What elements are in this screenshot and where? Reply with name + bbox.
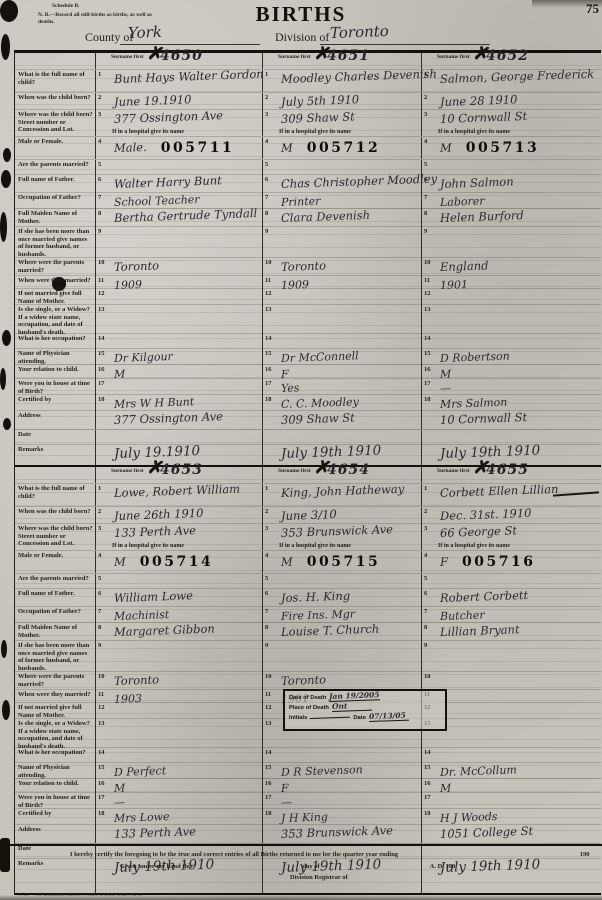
stamp-date-value: 07/13/05 [369,711,409,722]
registrar-line: Division Registrar of [290,874,602,881]
entry-cell: Lowe, Robert William [108,484,262,506]
entry-cell [434,719,601,751]
entry-cell: M005712 [275,137,421,159]
entry-handwritten: 309 Shaw St [281,109,355,126]
row-number-cell: 10 [262,672,275,690]
entry-cell [108,227,262,259]
row-number-cell: 4 [421,137,434,159]
sex-entry-handwritten: M [281,141,293,155]
row-number-cell: 8 [421,623,434,641]
form-row: Name of Physician attending.15D Perfect1… [15,762,601,778]
entry-handwritten: Robert Corbett [440,588,529,605]
registration-number-value: 4655 [486,462,529,478]
form-row: Where was the child born? Street number … [15,109,601,136]
form-row: Is she single, or a Widow? If a widow st… [15,304,601,333]
register-lower-half: Surname first✗4653Surname first✗4654Surn… [15,467,601,895]
entry-cell [108,641,262,673]
entry-handwritten: — [281,796,292,809]
entry-cell: Toronto [275,258,421,276]
hospital-note: If in a hospital give its name [438,129,510,135]
field-label: Full Maiden Name of Mother. [15,623,95,641]
entry-cell: 377 Ossington AveIf in a hospital give i… [108,110,262,136]
entry-handwritten: Salmon, George Frederick [440,67,595,86]
row-number-cell: 9 [421,227,434,259]
entry-handwritten: 353 Brunswick Ave [281,823,393,841]
blank-line [120,44,260,45]
field-label: What is the full name of child? [15,484,95,506]
registration-stamp-number: 005716 [462,554,535,570]
row-number-cell: 6 [421,589,434,607]
row-number-cell: 9 [262,641,275,673]
entry-handwritten: Toronto [114,258,160,274]
register-upper-half: Surname first✗4650Surname first✗4651Surn… [15,53,601,467]
day-of-text: day of [302,863,319,870]
entry-handwritten: 353 Brunswick Ave [281,522,393,540]
entry-handwritten: Lillian Bryant [440,622,520,639]
entry-handwritten: J H King [281,810,328,825]
entry-handwritten: England [440,258,489,274]
row-number-cell: 4 [421,551,434,573]
entry-handwritten: Butcher [440,608,485,623]
scan-artifact [1,170,11,188]
entry-handwritten: Walter Harry Bunt [114,173,222,191]
page-title: BIRTHS [0,2,602,27]
row-number-cell: 8 [262,623,275,641]
row-number-cell: 4 [262,551,275,573]
form-row: Address133 Perth Ave353 Brunswick Ave105… [15,824,601,843]
form-row: What is her occupation?141414 [15,747,601,762]
entry-cell: Clara Devenish [275,209,421,227]
row-number-cell [95,467,108,483]
row-number-cell: 6 [421,175,434,193]
registration-number: ✗4653 [160,461,203,479]
entry-cell: William Lowe [108,589,262,607]
entry-cell: Toronto [108,258,262,276]
row-number-cell: 10 [421,672,434,690]
entry-cell [108,305,262,337]
entry-handwritten: 133 Perth Ave [114,523,196,540]
entry-handwritten: Margaret Gibbon [114,621,215,639]
form-row: Address377 Ossington Ave309 Shaw St10 Co… [15,410,601,429]
entry-handwritten: Corbett Ellen Lillian [440,482,559,500]
registration-number: ✗4652 [486,47,529,65]
sex-entry-handwritten: M [114,555,126,569]
sex-entry-handwritten: Male. [114,140,147,155]
row-number-cell [95,445,108,465]
row-number-cell: 9 [262,227,275,259]
row-number-cell: 3 [421,110,434,136]
form-row: Male or Female.4M0057144M0057154F005716 [15,550,601,573]
certify-statement: I hereby certify the foregoing to be the… [70,851,602,858]
entry-handwritten: Helen Burford [440,208,524,225]
entry-cell: Chas Christopher Moodley [275,175,421,193]
stamp-date-label: Date [353,715,366,721]
form-row: What is the full name of child?1Bunt Hay… [15,69,601,92]
entry-cell: M005715 [275,551,421,573]
row-number-cell [262,825,275,843]
entry-cell: 377 Ossington Ave [108,411,262,429]
row-number-cell [95,825,108,843]
initials-label: Initials [289,715,307,721]
strikethrough-mark [553,491,599,496]
form-row: Where were the parents married?10Toronto… [15,257,601,275]
registration-stamp-number: 005715 [307,554,380,570]
form-row: Date [15,429,601,444]
entry-cell: 10 Cornwall StIf in a hospital give its … [434,110,601,136]
entry-handwritten: D R Stevenson [281,763,363,779]
entry-handwritten: H J Woods [440,810,498,825]
registration-cell: Surname first✗4655 [434,467,601,483]
entry-cell: Male.005711 [108,137,262,159]
form-row: Your relation to child.16M16F16M [15,778,601,792]
entry-handwritten: Toronto [281,258,327,274]
registration-cell: Surname first✗4650 [108,53,262,69]
entry-handwritten: Yes [281,381,300,395]
entry-handwritten: Mrs Salmon [440,396,508,411]
row-number-cell: 8 [421,209,434,227]
entry-cell: Toronto [108,672,262,690]
entry-handwritten: Louise T. Church [281,622,380,639]
entry-handwritten: Machinist [114,608,170,623]
given-line: Given under my hand this day of A. D. 19… [120,863,602,870]
initials-value [310,717,350,719]
row-number-cell [421,467,434,483]
surname-first-note: Surname first [278,468,311,474]
entry-cell: Robert Corbett [434,589,601,607]
entry-handwritten: June 3/10 [281,507,337,523]
death-annotation-stamp: Date of DeathJan 19/2005Place of DeathOn… [283,689,447,731]
entry-handwritten: Toronto [281,672,327,688]
row-number-cell: 10 [421,258,434,276]
registration-number-value: 4653 [160,462,203,478]
entry-handwritten: Dr. McCollum [440,763,517,779]
registration-cell: Surname first✗4651 [275,53,421,69]
field-label: Is she single, or a Widow? If a widow st… [15,305,95,337]
row-number-cell [421,825,434,843]
entry-cell: England [434,258,601,276]
sex-entry-handwritten: F [440,555,448,569]
entry-cell: 309 Shaw St [275,411,421,429]
entry-cell: 1051 College St [434,825,601,843]
form-row: When was the child born?2June 19.19102Ju… [15,92,601,109]
entry-handwritten: Toronto [114,672,160,688]
entry-cell: Louise T. Church [275,623,421,641]
division-handwritten-value: Toronto [330,22,389,42]
scan-artifact [2,330,11,346]
registration-stamp-number: 005712 [307,140,380,156]
death-place-value: Ont [332,701,372,712]
row-number-cell: 10 [262,258,275,276]
row-number-cell: 4 [95,137,108,159]
registration-stamp-number: 005713 [466,140,539,156]
page-footer: I hereby certify the foregoing to be the… [0,844,602,900]
entry-cell: June 3/10 [275,507,421,525]
hospital-note: If in a hospital give its name [112,129,184,135]
row-number-cell: 2 [262,507,275,525]
registration-number-value: 4652 [486,48,529,64]
form-row: Occupation of Father?7Machinist7Fire Ins… [15,606,601,622]
entry-cell [275,305,421,337]
reg-row-label-spacer [15,53,95,69]
entry-cell: Toronto [275,672,421,690]
row-number-cell [95,411,108,429]
register-table: Surname first✗4650Surname first✗4651Surn… [14,50,601,895]
entry-handwritten: 377 Ossington Ave [114,409,223,427]
registration-number: ✗4651 [327,47,370,65]
entry-handwritten: William Lowe [114,588,193,605]
entry-cell [434,227,601,259]
death-date-label: Date of Death [289,695,326,701]
registration-number: ✗4655 [486,461,529,479]
entry-cell: Salmon, George Frederick [434,70,601,92]
form-row: Certified by18Mrs W H Bunt18C. C. Moodle… [15,394,601,410]
death-stamp-line: Place of DeathOnt [289,702,441,712]
row-number-cell [421,445,434,465]
row-number-cell: 13 [95,305,108,337]
field-label: Full Maiden Name of Mother. [15,209,95,227]
row-number-cell: 2 [421,93,434,111]
registration-number: ✗4654 [327,461,370,479]
row-number-cell: 10 [95,672,108,690]
row-number-cell: 9 [95,227,108,259]
row-number-cell: 1 [421,70,434,92]
form-row: Full name of Father.6William Lowe6Jos. H… [15,588,601,606]
registration-cell: Surname first✗4653 [108,467,262,483]
field-label: If she has been more than once married g… [15,641,95,673]
entry-handwritten: Bertha Gertrude Tyndall [114,206,258,225]
form-row: Name of Physician attending.15Dr Kilgour… [15,348,601,364]
entry-cell: June 19.1910 [108,93,262,111]
scan-artifact [3,148,11,162]
entry-handwritten: 309 Shaw St [281,410,355,427]
entry-handwritten: Bunt Hays Walter Gordon [114,67,264,86]
entry-handwritten: Dec. 31st. 1910 [440,506,532,523]
row-number-cell: 8 [95,623,108,641]
hospital-note: If in a hospital give its name [279,543,351,549]
entry-cell: Moodley Charles Devenish [275,70,421,92]
row-number-cell: 3 [95,524,108,550]
row-number-cell: 2 [262,93,275,111]
form-row: Were you in house at time of Birth?1717Y… [15,378,601,394]
entry-handwritten: June 26th 1910 [114,506,204,523]
row-number-cell: 1 [95,484,108,506]
form-row: What is the full name of child?1Lowe, Ro… [15,483,601,506]
entry-handwritten: Printer [281,195,321,209]
row-number-cell: 3 [262,524,275,550]
row-number-cell: 3 [95,110,108,136]
field-label: Is she single, or a Widow? If a widow st… [15,719,95,751]
field-label: Where were the parents married? [15,258,95,276]
surname-first-note: Surname first [111,54,144,60]
entry-handwritten: 1051 College St [440,824,534,841]
entry-cell: John Salmon [434,175,601,193]
scan-artifact [3,418,11,430]
form-row: Occupation of Father?7School Teacher7Pri… [15,192,601,208]
entry-handwritten: Moodley Charles Devenish [281,67,437,86]
entry-handwritten: July 5th 1910 [281,92,360,109]
registration-number-value: 4651 [327,48,370,64]
entry-cell: Bunt Hays Walter Gordon [108,70,262,92]
row-number-cell: 2 [421,507,434,525]
given-text: Given under my hand this [120,863,192,870]
scanned-birth-register-page: Schedule B. N. B.—Record all still-birth… [0,0,602,900]
entry-cell: 353 Brunswick Ave [275,825,421,843]
row-number-cell: 13 [421,305,434,337]
entry-handwritten: Dr McConnell [281,349,359,365]
entry-cell: King, John Hatheway [275,484,421,506]
entry-cell: Dec. 31st. 1910 [434,507,601,525]
entry-handwritten: Jos. H. King [281,589,351,605]
form-row: Where were the parents married?10Toronto… [15,671,601,689]
surname-first-note: Surname first [437,468,470,474]
sex-entry-handwritten: M [281,555,293,569]
form-row: If not married give full Name of Mother.… [15,288,601,304]
registration-number-value: 4650 [160,48,203,64]
form-row: What is her occupation?141414 [15,333,601,348]
page-header: Schedule B. N. B.—Record all still-birth… [0,0,602,50]
entry-handwritten: Dr Kilgour [114,350,173,365]
row-number-cell: 4 [95,551,108,573]
page-number: 75 [586,1,599,17]
entry-cell [108,719,262,751]
row-number-cell: 9 [95,641,108,673]
entry-cell [434,641,601,673]
field-label: Address [15,825,95,843]
row-number-cell: 4 [262,137,275,159]
form-row: Are the parents married?555 [15,573,601,588]
row-number-cell: 8 [95,209,108,227]
entry-cell: June 26th 1910 [108,507,262,525]
entry-handwritten: 10 Cornwall St [440,410,528,427]
ad-text: A. D. 190 [430,863,456,870]
row-number-cell: 3 [421,524,434,550]
field-label: Address [15,411,95,429]
row-number-cell [95,53,108,69]
entry-cell: 309 Shaw StIf in a hospital give its nam… [275,110,421,136]
registration-stamp-number: 005711 [161,140,234,156]
entry-cell: M005714 [108,551,262,573]
entry-handwritten: 133 Perth Ave [114,824,196,841]
entry-handwritten: D Perfect [114,764,167,779]
entry-cell [275,227,421,259]
field-label: Full name of Father. [15,175,95,193]
row-number-cell: 10 [95,258,108,276]
registration-number-value: 4654 [327,462,370,478]
entry-handwritten: Chas Christopher Moodley [281,172,438,191]
entry-handwritten: 10 Cornwall St [440,109,528,126]
entry-handwritten: Mrs Lowe [114,810,170,825]
row-number-cell: 6 [95,589,108,607]
entry-cell: 133 Perth Ave [108,825,262,843]
entry-handwritten: June 28 1910 [440,92,518,109]
surname-first-note: Surname first [278,54,311,60]
entry-cell: Jos. H. King [275,589,421,607]
entry-cell: 10 Cornwall St [434,411,601,429]
hospital-note: If in a hospital give its name [279,129,351,135]
field-label: Where was the child born? Street number … [15,110,95,136]
death-place-label: Place of Death [289,705,329,711]
field-label: Where was the child born? Street number … [15,524,95,550]
entry-handwritten: Fire Ins. Mgr [281,607,355,623]
county-label: County of [85,30,133,45]
year-blank: 190 [580,851,590,858]
entry-handwritten: School Teacher [114,193,200,209]
entry-handwritten: Mrs W H Bunt [114,395,195,411]
entry-cell: F005716 [434,551,601,573]
form-row: If she has been more than once married g… [15,640,601,671]
entry-handwritten: D Robertson [440,350,510,365]
row-number-cell [262,445,275,465]
scan-artifact [1,640,7,658]
blank-line [320,44,490,45]
row-number-cell: 6 [262,175,275,193]
row-number-cell: 1 [262,484,275,506]
row-number-cell: 8 [262,209,275,227]
certify-text: I hereby certify the foregoing to be the… [70,851,398,858]
row-number-cell: 1 [95,70,108,92]
registration-stamp-number: 005714 [140,554,213,570]
entry-cell: Corbett Ellen Lillian [434,484,601,506]
entry-handwritten: 377 Ossington Ave [114,108,223,126]
row-number-cell: 6 [95,175,108,193]
sex-entry-handwritten: M [440,141,452,155]
form-row: When were they married?11190911190911190… [15,275,601,288]
entry-handwritten: Laborer [440,194,485,209]
entry-cell: 66 George StIf in a hospital give its na… [434,524,601,550]
field-label: Remarks [15,445,95,465]
row-number-cell: 6 [262,589,275,607]
entry-handwritten: John Salmon [440,174,514,191]
form-row: Were you in house at time of Birth?17—17… [15,792,601,808]
reg-row-label-spacer [15,467,95,483]
entry-handwritten: Lowe, Robert William [114,482,241,500]
entry-cell: Bertha Gertrude Tyndall [108,209,262,227]
entry-cell [275,641,421,673]
row-number-cell: 9 [421,641,434,673]
row-number-cell: 1 [421,484,434,506]
row-number-cell [262,411,275,429]
field-label: Male or Female. [15,137,95,159]
entry-handwritten: — [114,796,125,809]
entry-cell: 133 Perth AveIf in a hospital give its n… [108,524,262,550]
row-number-cell: 1 [262,70,275,92]
form-row: Full Maiden Name of Mother.8Bertha Gertr… [15,208,601,226]
field-label: Male or Female. [15,551,95,573]
registration-cell: Surname first✗4654 [275,467,421,483]
row-number-cell: 13 [262,719,275,751]
row-number-cell [262,467,275,483]
form-row: If she has been more than once married g… [15,226,601,257]
field-label: If she has been more than once married g… [15,227,95,259]
form-row: Full Maiden Name of Mother.8Margaret Gib… [15,622,601,640]
entry-handwritten: 66 George St [440,523,517,540]
scan-artifact [0,368,6,390]
row-number-cell [262,53,275,69]
entry-handwritten: — [440,382,451,395]
field-label: Where were the parents married? [15,672,95,690]
entry-cell: 353 Brunswick AveIf in a hospital give i… [275,524,421,550]
entry-cell: Margaret Gibbon [108,623,262,641]
field-label: When was the child born? [15,93,95,111]
field-label: What is the full name of child? [15,70,95,92]
registration-number-row: Surname first✗4650Surname first✗4651Surn… [15,53,601,69]
entry-handwritten: C. C. Moodley [281,395,359,411]
entry-cell: Helen Burford [434,209,601,227]
entry-cell: M005713 [434,137,601,159]
form-row: Male or Female.4Male.0057114M0057124M005… [15,136,601,159]
scan-artifact [2,700,10,720]
entry-handwritten: Clara Devenish [281,208,371,225]
